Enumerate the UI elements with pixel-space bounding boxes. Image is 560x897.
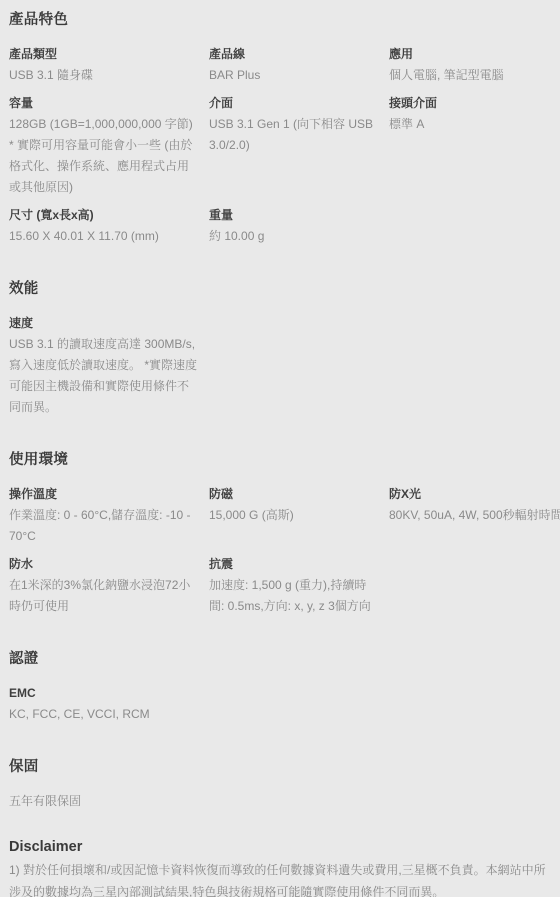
section-title-product-features: 產品特色 [9,10,556,30]
spec-value: 加速度: 1,500 g (重力),持續時間: 0.5ms,方向: x, y, … [209,575,379,617]
spec-page: 產品特色 產品類型 USB 3.1 隨身碟 產品線 BAR Plus 應用 個人… [0,0,560,897]
warranty-value: 五年有限保固 [9,791,556,812]
spec-label: 容量 [9,93,199,114]
section-certification: 認證 EMC KC, FCC, CE, VCCI, RCM [9,649,556,732]
spec-xray-proof: 防X光 80KV, 50uA, 4W, 500秒輻射時間 [389,484,560,547]
disclaimer-text: 1) 對於任何損壞和/或因記憶卡資料恢復而導致的任何數據資料遺失或費用,三星概不… [9,859,556,897]
section-title-warranty: 保固 [9,757,556,777]
spec-label: 速度 [9,313,199,334]
spec-product-line: 產品線 BAR Plus [209,44,389,86]
spec-shock-proof: 抗震 加速度: 1,500 g (重力),持續時間: 0.5ms,方向: x, … [209,554,389,617]
section-product-features: 產品特色 產品類型 USB 3.1 隨身碟 產品線 BAR Plus 應用 個人… [9,10,556,254]
spec-value: USB 3.1 的讀取速度高達 300MB/s,寫入速度低於讀取速度。 *實際速… [9,334,199,418]
spec-value: KC, FCC, CE, VCCI, RCM [9,704,199,725]
spec-value: USB 3.1 Gen 1 (向下相容 USB 3.0/2.0) [209,114,379,156]
spec-value: 15.60 X 40.01 X 11.70 (mm) [9,226,199,247]
spec-label: 產品線 [209,44,379,65]
spec-value: 在1米深的3%氯化鈉鹽水浸泡72小時仍可使用 [9,575,199,617]
spec-interface: 介面 USB 3.1 Gen 1 (向下相容 USB 3.0/2.0) [209,93,389,198]
spec-operating-temperature: 操作溫度 作業溫度: 0 - 60°C,儲存溫度: -10 - 70°C [9,484,209,547]
spec-label: EMC [9,683,199,704]
environment-grid: 操作溫度 作業溫度: 0 - 60°C,儲存溫度: -10 - 70°C 防磁 … [9,484,556,624]
spec-label: 抗震 [209,554,379,575]
features-grid: 產品類型 USB 3.1 隨身碟 產品線 BAR Plus 應用 個人電腦, 筆… [9,44,556,254]
certification-grid: EMC KC, FCC, CE, VCCI, RCM [9,683,556,732]
section-performance: 效能 速度 USB 3.1 的讀取速度高達 300MB/s,寫入速度低於讀取速度… [9,279,556,425]
spec-water-proof: 防水 在1米深的3%氯化鈉鹽水浸泡72小時仍可使用 [9,554,209,617]
spec-value: 128GB (1GB=1,000,000,000 字節) * 實際可用容量可能會… [9,114,199,198]
spec-label: 重量 [209,205,379,226]
spec-dimensions: 尺寸 (寬x長x高) 15.60 X 40.01 X 11.70 (mm) [9,205,209,247]
spec-value: 標準 A [389,114,546,135]
spec-value: USB 3.1 隨身碟 [9,65,199,86]
spec-label: 防X光 [389,484,560,505]
spec-value: 約 10.00 g [209,226,379,247]
spec-label: 尺寸 (寬x長x高) [9,205,199,226]
spec-label: 操作溫度 [9,484,199,505]
spec-value: 作業溫度: 0 - 60°C,儲存溫度: -10 - 70°C [9,505,199,547]
section-warranty: 保固 五年有限保固 [9,757,556,812]
section-environment: 使用環境 操作溫度 作業溫度: 0 - 60°C,儲存溫度: -10 - 70°… [9,450,556,624]
spec-label: 產品類型 [9,44,199,65]
spec-application: 應用 個人電腦, 筆記型電腦 [389,44,556,86]
spec-value: BAR Plus [209,65,379,86]
spec-value: 個人電腦, 筆記型電腦 [389,65,546,86]
spec-label: 應用 [389,44,546,65]
section-disclaimer: Disclaimer 1) 對於任何損壞和/或因記憶卡資料恢復而導致的任何數據資… [9,837,556,897]
spec-capacity: 容量 128GB (1GB=1,000,000,000 字節) * 實際可用容量… [9,93,209,198]
spec-product-type: 產品類型 USB 3.1 隨身碟 [9,44,209,86]
section-title-environment: 使用環境 [9,450,556,470]
spec-value: 15,000 G (高斯) [209,505,379,526]
spec-speed: 速度 USB 3.1 的讀取速度高達 300MB/s,寫入速度低於讀取速度。 *… [9,313,209,418]
spec-weight: 重量 約 10.00 g [209,205,389,247]
performance-grid: 速度 USB 3.1 的讀取速度高達 300MB/s,寫入速度低於讀取速度。 *… [9,313,556,425]
spec-connector: 接頭介面 標準 A [389,93,556,198]
section-title-certification: 認證 [9,649,556,669]
disclaimer-title: Disclaimer [9,837,556,857]
spec-label: 介面 [209,93,379,114]
spec-magnet-proof: 防磁 15,000 G (高斯) [209,484,389,547]
spec-label: 防水 [9,554,199,575]
section-title-performance: 效能 [9,279,556,299]
spec-value: 80KV, 50uA, 4W, 500秒輻射時間 [389,505,560,526]
spec-label: 接頭介面 [389,93,546,114]
spec-emc: EMC KC, FCC, CE, VCCI, RCM [9,683,209,725]
spec-label: 防磁 [209,484,379,505]
